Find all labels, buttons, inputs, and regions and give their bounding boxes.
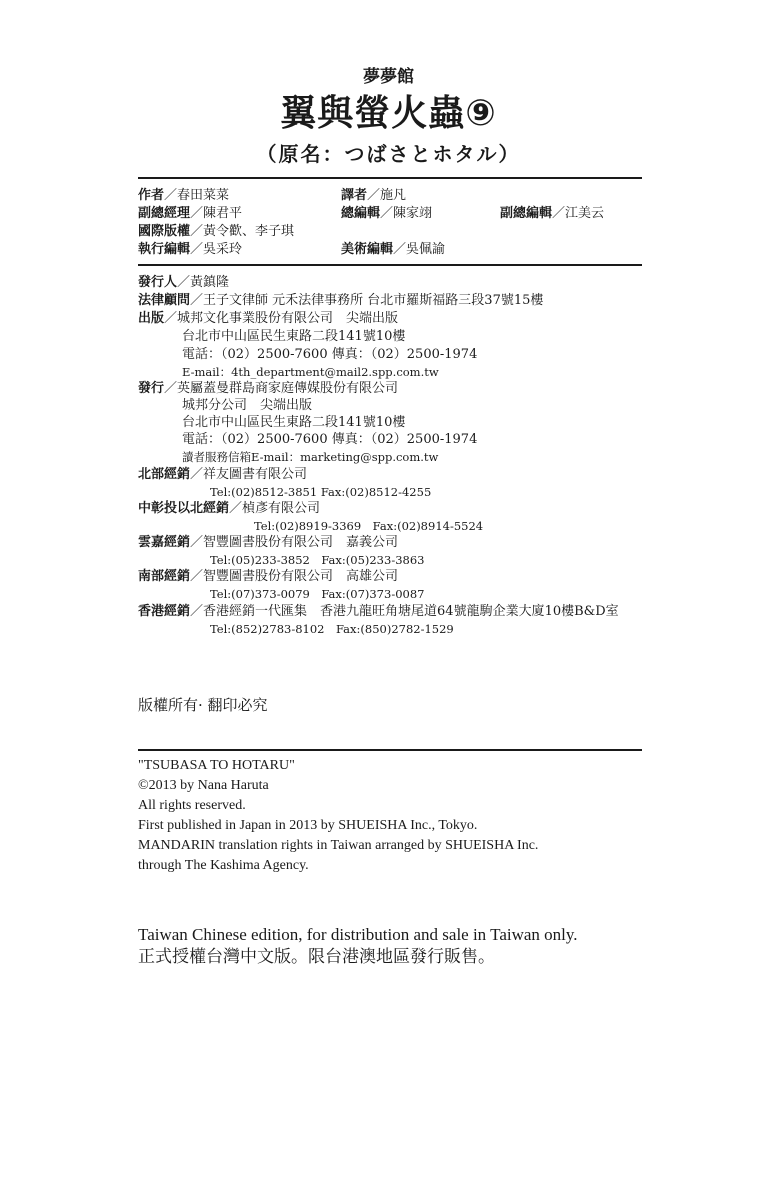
credit-chief-editor: 總編輯／陳家翊 [341,205,432,222]
regional-south-contact: Tel:(07)373-0079 Fax:(07)373-0087 [210,586,424,603]
regional-hongkong-contact: Tel:(852)2783-8102 Fax:(850)2782-1529 [210,621,454,638]
publisher-imprint: 夢夢館 [0,66,777,88]
credit-deputy-chief-editor: 副總編輯／江美云 [500,205,604,222]
credit-art-editor: 美術編輯／吳佩諭 [341,241,445,258]
credit-translator: 譯者／施凡 [341,187,406,204]
regional-yunjia: 雲嘉經銷／智豐圖書股份有限公司 嘉義公司 [138,534,398,551]
regional-south: 南部經銷／智豐圖書股份有限公司 高雄公司 [138,568,398,585]
distributor-line: 發行／英屬蓋曼群島商家庭傳媒股份有限公司 [138,380,398,397]
english-rights-line: MANDARIN translation rights in Taiwan ar… [138,836,538,856]
regional-yunjia-contact: Tel:(05)233-3852 Fax:(05)233-3863 [210,552,424,569]
copyright-notice: 版權所有· 翻印必究 [138,695,268,715]
divider-bottom [138,749,642,751]
english-rights-line: "TSUBASA TO HOTARU" [138,756,295,776]
credit-deputy-gm: 副總經理／陳君平 [138,205,242,222]
original-title: （原名：つばさとホタル） [0,140,777,168]
regional-north-contact: Tel:(02)8512-3851 Fax:(02)8512-4255 [210,484,431,501]
legal-counsel-line: 法律顧問／王子文律師 元禾法律事務所 台北市羅斯福路三段37號15樓 [138,292,543,309]
divider-top [138,177,642,179]
english-rights-line: All rights reserved. [138,796,246,816]
distributor-address: 台北市中山區民生東路二段141號10樓 [182,414,405,431]
english-rights-line: First published in Japan in 2013 by SHUE… [138,816,477,836]
issuer-line: 發行人／黃鎮隆 [138,274,229,291]
divider-middle [138,264,642,266]
english-rights-line: ©2013 by Nana Haruta [138,776,269,796]
distribution-notice-english: Taiwan Chinese edition, for distribution… [138,924,578,946]
regional-central: 中彰投以北經銷／楨彥有限公司 [138,500,320,517]
credit-international-rights: 國際版權／黃令歡、李子琪 [138,223,294,240]
publisher-phone: 電話：（02）2500-7600 傳真：（02）2500-1974 [182,346,477,363]
distributor-branch: 城邦分公司 尖端出版 [182,397,312,414]
publisher-address: 台北市中山區民生東路二段141號10樓 [182,328,405,345]
distribution-notice-chinese: 正式授權台灣中文版。限台港澳地區發行販售。 [138,946,495,968]
regional-central-contact: Tel:(02)8919-3369 Fax:(02)8914-5524 [254,518,483,535]
distributor-phone: 電話：（02）2500-7600 傳真：（02）2500-1974 [182,431,477,448]
distributor-email: 讀者服務信箱E-mail：marketing@spp.com.tw [182,449,438,466]
credit-executive-editor: 執行編輯／吳采玲 [138,241,242,258]
regional-hongkong: 香港經銷／香港經銷一代匯集 香港九龍旺角塘尾道64號龍駒企業大廈10樓B&D室 [138,603,619,620]
publisher-line: 出版／城邦文化事業股份有限公司 尖端出版 [138,310,398,327]
credit-author: 作者／春田菜菜 [138,187,229,204]
book-title: 翼與螢火蟲⑨ [0,92,777,136]
regional-north: 北部經銷／祥友圖書有限公司 [138,466,307,483]
publisher-email: E-mail：4th_department@mail2.spp.com.tw [182,364,439,381]
english-rights-line: through The Kashima Agency. [138,856,309,876]
